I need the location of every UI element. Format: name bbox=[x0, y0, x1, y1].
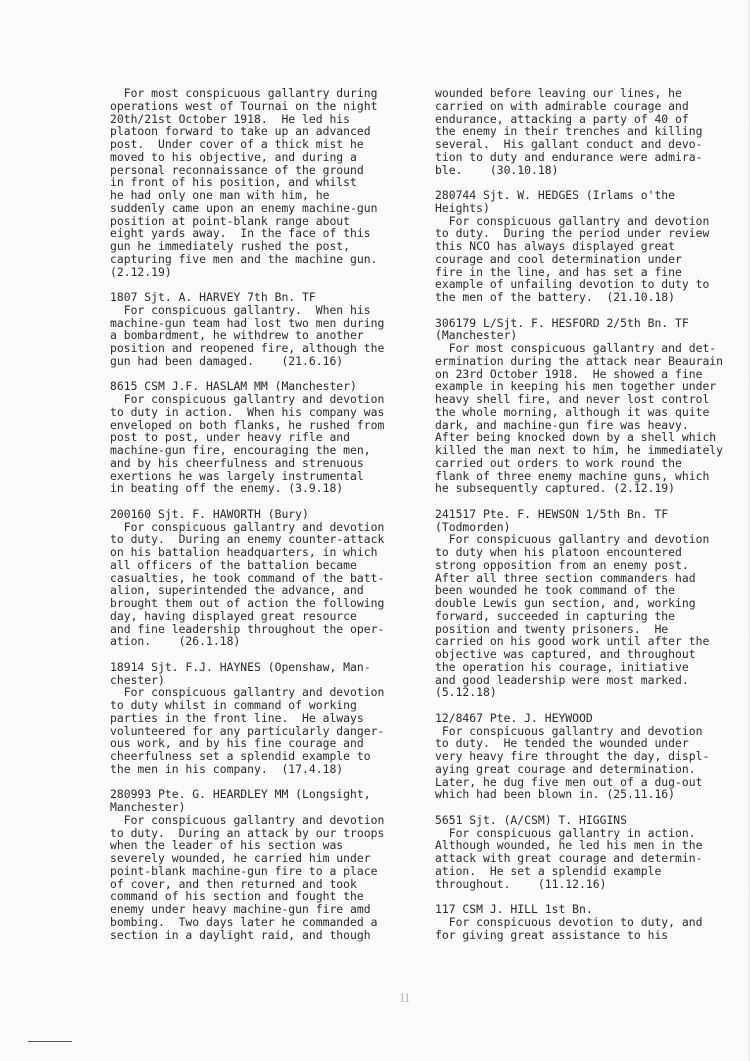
citation-entry: 12/8467 Pte. J. HEYWOOD For conspicuous … bbox=[435, 712, 735, 801]
citation-text-line: (2.12.19) bbox=[110, 266, 400, 279]
citation-entry: 241517 Pte. F. HEWSON 1/5th Bn. TF (Todm… bbox=[435, 508, 735, 699]
citation-text-line: gun had been damaged. (21.6.16) bbox=[110, 355, 400, 368]
citation-text-line: operations west of Tournai on the night bbox=[110, 100, 400, 113]
citation-text-line: several. His gallant conduct and devo- bbox=[435, 138, 735, 151]
citation-text-line: ermination during the attack near Beaura… bbox=[435, 355, 735, 368]
citation-entry: 18914 Sjt. F.J. HAYNES (Openshaw, Man- c… bbox=[110, 661, 400, 776]
citation-text-line: For conspicuous gallantry and devotion bbox=[110, 814, 400, 827]
citation-text-line: the whole morning, although it was quite bbox=[435, 406, 735, 419]
citation-text-line: moved to his objective, and during a bbox=[110, 151, 400, 164]
citation-entry: 117 CSM J. HILL 1st Bn. For conspicuous … bbox=[435, 903, 735, 941]
citation-heading: 117 CSM J. HILL 1st Bn. bbox=[435, 903, 735, 916]
citation-heading: 1807 Sjt. A. HARVEY 7th Bn. TF bbox=[110, 291, 400, 304]
citation-text-line: ble. (30.10.18) bbox=[435, 164, 735, 177]
citation-text-line: very heavy fire throught the day, displ- bbox=[435, 750, 735, 763]
citation-entry: 1807 Sjt. A. HARVEY 7th Bn. TF For consp… bbox=[110, 291, 400, 368]
left-column: For most conspicuous gallantry duringope… bbox=[110, 87, 400, 954]
citation-text-line: this NCO has always displayed great bbox=[435, 240, 735, 253]
citation-text-line: brought them out of action the following bbox=[110, 597, 400, 610]
citation-text-line: suddenly came upon an enemy machine-gun bbox=[110, 202, 400, 215]
citation-text-line: killed the man next to him, he immediate… bbox=[435, 444, 735, 457]
citation-heading: 280993 Pte. G. HEARDLEY MM (Longsight, M… bbox=[110, 788, 400, 814]
citation-text-line: he subsequently captured. (2.12.19) bbox=[435, 482, 735, 495]
citation-text-line: wounded before leaving our lines, he bbox=[435, 87, 735, 100]
citation-text-line: to duty in action. When his company was bbox=[110, 406, 400, 419]
citation-heading: 306179 L/Sjt. F. HESFORD 2/5th Bn. TF (M… bbox=[435, 317, 735, 343]
citation-text-line: ation. (26.1.18) bbox=[110, 635, 400, 648]
citation-entry: 280993 Pte. G. HEARDLEY MM (Longsight, M… bbox=[110, 788, 400, 941]
citation-text-line: forward, succeeded in capturing the bbox=[435, 610, 735, 623]
page-number: 11 bbox=[399, 990, 410, 1006]
citation-heading: 18914 Sjt. F.J. HAYNES (Openshaw, Man- c… bbox=[110, 661, 400, 687]
citation-text-line: bombing. Two days later he commanded a bbox=[110, 916, 400, 929]
citation-text-line: capturing five men and the machine gun. bbox=[110, 253, 400, 266]
citation-heading: 280744 Sjt. W. HEDGES (Irlams o'the Heig… bbox=[435, 189, 735, 215]
citation-heading: 241517 Pte. F. HEWSON 1/5th Bn. TF (Todm… bbox=[435, 508, 735, 534]
citation-text-line: cheerfulness set a splendid example to bbox=[110, 750, 400, 763]
citation-text-line: section in a daylight raid, and though bbox=[110, 929, 400, 942]
citation-text-line: objective was captured, and throughout bbox=[435, 648, 735, 661]
citation-text-line: post. Under cover of a thick mist he bbox=[110, 138, 400, 151]
citation-text-line: For most conspicuous gallantry during bbox=[110, 87, 400, 100]
document-page: For most conspicuous gallantry duringope… bbox=[0, 0, 750, 1061]
citation-text-line: which had been blown in. (25.11.16) bbox=[435, 788, 735, 801]
citation-text-line: For conspicuous devotion to duty, and bbox=[435, 916, 735, 929]
margin-rule bbox=[28, 1041, 72, 1042]
citation-text-line: all officers of the battalion became bbox=[110, 559, 400, 572]
citation-text-line: For conspicuous gallantry. When his bbox=[110, 304, 400, 317]
citation-entry: wounded before leaving our lines, hecarr… bbox=[435, 87, 735, 176]
citation-text-line: attack with great courage and determin- bbox=[435, 852, 735, 865]
citation-text-line: strong opposition from an enemy post. bbox=[435, 559, 735, 572]
citation-text-line: double Lewis gun section, and, working bbox=[435, 597, 735, 610]
citation-text-line: and by his cheerfulness and strenuous bbox=[110, 457, 400, 470]
citation-text-line: for giving great assistance to his bbox=[435, 929, 735, 942]
citation-text-line: parties in the front line. He always bbox=[110, 712, 400, 725]
citation-text-line: carried out orders to work round the bbox=[435, 457, 735, 470]
citation-text-line: tion to duty and endurance were admira- bbox=[435, 151, 735, 164]
citation-heading: 12/8467 Pte. J. HEYWOOD bbox=[435, 712, 735, 725]
citation-text-line: enemy under heavy machine-gun fire amd bbox=[110, 903, 400, 916]
citation-entry: 8615 CSM J.F. HASLAM MM (Manchester) For… bbox=[110, 380, 400, 495]
citation-text-line: gun he immediately rushed the post, bbox=[110, 240, 400, 253]
right-column: wounded before leaving our lines, hecarr… bbox=[435, 87, 735, 954]
citation-entry: For most conspicuous gallantry duringope… bbox=[110, 87, 400, 278]
citation-text-line: point-blank machine-gun fire to a place bbox=[110, 865, 400, 878]
citation-text-line: (5.12.18) bbox=[435, 686, 735, 699]
citation-text-line: For conspicuous gallantry and devotion bbox=[110, 393, 400, 406]
citation-text-line: the men in his company. (17.4.18) bbox=[110, 763, 400, 776]
citation-text-line: courage and cool determination under bbox=[435, 253, 735, 266]
citation-entry: 306179 L/Sjt. F. HESFORD 2/5th Bn. TF (M… bbox=[435, 317, 735, 496]
citation-text-line: to duty when his platoon encountered bbox=[435, 546, 735, 559]
citation-text-line: in beating off the enemy. (3.9.18) bbox=[110, 482, 400, 495]
citation-text-line: the men of the battery. (21.10.18) bbox=[435, 291, 735, 304]
citation-entry: 200160 Sjt. F. HAWORTH (Bury) For conspi… bbox=[110, 508, 400, 648]
citation-text-line: day, having displayed great resource bbox=[110, 610, 400, 623]
citation-text-line: For most conspicuous gallantry and det- bbox=[435, 342, 735, 355]
citation-text-line: he had only one man with him, he bbox=[110, 189, 400, 202]
citation-entry: 280744 Sjt. W. HEDGES (Irlams o'the Heig… bbox=[435, 189, 735, 304]
citation-text-line: on his battalion headquarters, in which bbox=[110, 546, 400, 559]
citation-text-line: severely wounded, he carried him under bbox=[110, 852, 400, 865]
citation-text-line: heavy shell fire, and never lost control bbox=[435, 393, 735, 406]
citation-text-line: to duty whilst in command of working bbox=[110, 699, 400, 712]
citation-text-line: the operation his courage, initiative bbox=[435, 661, 735, 674]
citation-entry: 5651 Sjt. (A/CSM) T. HIGGINS For conspic… bbox=[435, 814, 735, 891]
citation-heading: 200160 Sjt. F. HAWORTH (Bury) bbox=[110, 508, 400, 521]
citation-text-line: ation. He set a splendid example bbox=[435, 865, 735, 878]
citation-text-line: machine-gun fire, encouraging the men, bbox=[110, 444, 400, 457]
citation-text-line: aying great courage and determination. bbox=[435, 763, 735, 776]
citation-heading: 5651 Sjt. (A/CSM) T. HIGGINS bbox=[435, 814, 735, 827]
citation-text-line: throughout. (11.12.16) bbox=[435, 878, 735, 891]
citation-text-line: carried on with admirable courage and bbox=[435, 100, 735, 113]
citation-text-line: position and reopened fire, although the bbox=[110, 342, 400, 355]
